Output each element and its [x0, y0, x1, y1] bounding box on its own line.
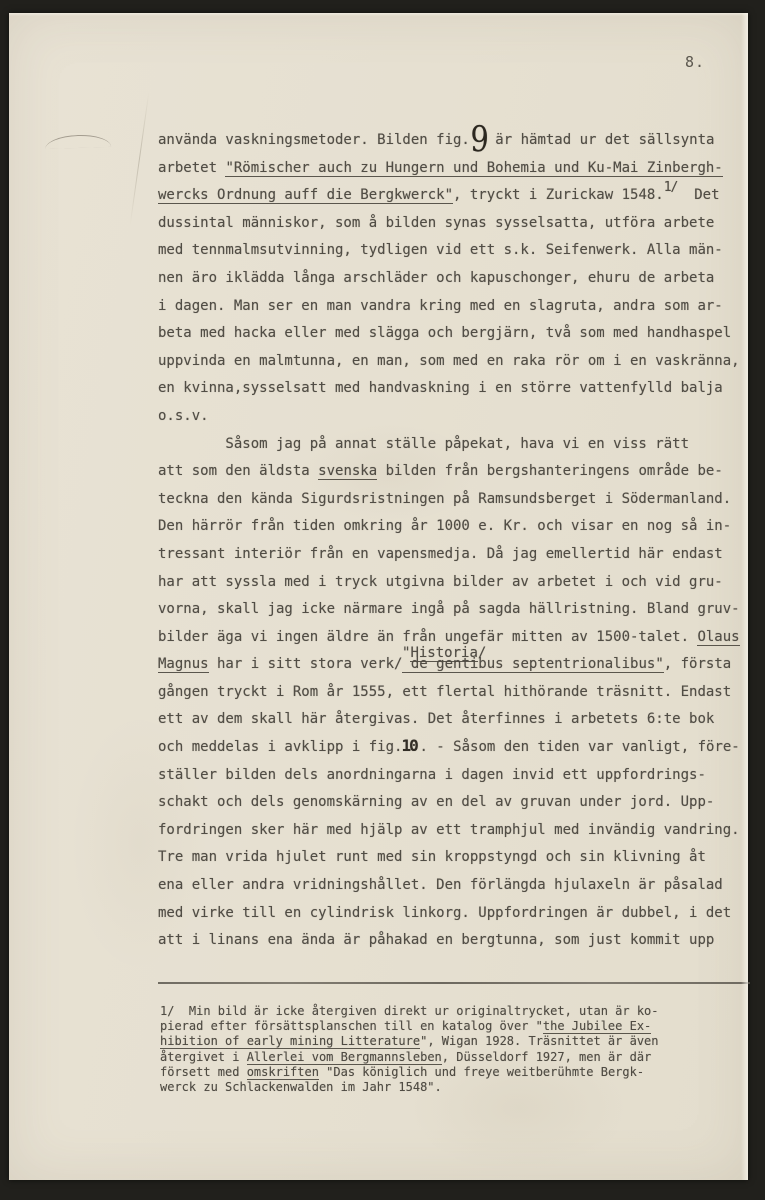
underlined-text: omskriften — [247, 1065, 319, 1080]
underlined-text: "Römischer auch zu Hungern und Bohemia u… — [225, 160, 722, 177]
underlined-text: the Jubilee Ex- — [543, 1019, 651, 1034]
typed-text: använda vaskningsmetoder. Bilden fig. — [158, 132, 470, 148]
typed-text: bilden från bergshanteringens område be- — [377, 463, 723, 479]
typed-text: , tryckt i Zurickaw 1548. — [453, 187, 664, 203]
text-line: med tennmalmsutvinning, tydligen vid ett… — [158, 237, 740, 265]
typed-text: är hämtad ur det sällsynta — [487, 132, 715, 148]
footnote-text: 1/ Min bild är icke återgiven direkt ur … — [160, 1004, 659, 1095]
text-line: arbetet "Römischer auch zu Hungern und B… — [158, 155, 740, 183]
page-number: 8. — [685, 53, 705, 71]
text-line: ett av dem skall här återgivas. Det åter… — [158, 706, 740, 734]
body-text: använda vaskningsmetoder. Bilden fig.9 ä… — [158, 127, 740, 955]
text-line: Tre man vrida hjulet runt med sin kropps… — [158, 844, 740, 872]
typed-text: med virke till en cylindrisk linkorg. Up… — [158, 905, 731, 921]
text-line: teckna den kända Sigurdsristningen på Ra… — [158, 486, 740, 514]
text-line: hibition of early mining Litterature", W… — [160, 1034, 659, 1049]
text-line: att i linans ena ända är påhakad en berg… — [158, 927, 740, 955]
typed-text: ställer bilden dels anordningarna i dage… — [158, 767, 706, 783]
typed-text: arbetet — [158, 160, 225, 176]
text-line: uppvinda en malmtunna, en man, som med e… — [158, 348, 740, 376]
typed-text: . - Såsom den tiden var vanligt, före- — [419, 739, 739, 755]
typed-text: Den härrör från tiden omkring år 1000 e.… — [158, 518, 731, 534]
underlined-text: svenska — [318, 463, 377, 480]
footnote-separator — [158, 982, 750, 984]
text-line: schakt och dels genomskärning av en del … — [158, 789, 740, 817]
typed-text: teckna den kända Sigurdsristningen på Ra… — [158, 491, 731, 507]
underlined-text: wercks Ordnung auff die Bergkwerck" — [158, 187, 453, 204]
pencil-mark — [45, 134, 111, 149]
typed-text: vorna, skall jag icke närmare ingå på sa… — [158, 601, 740, 617]
text-line: att som den äldsta svenska bilden från b… — [158, 458, 740, 486]
handwritten-figure-number: 9 — [470, 141, 487, 144]
typed-text: o.s.v. — [158, 408, 209, 424]
underlined-text: Historia — [410, 645, 477, 662]
typed-text: Det — [677, 187, 719, 203]
interlinear-insertion: "Historia/ — [402, 646, 486, 661]
typed-text: , Düsseldorf 1927, men är där — [442, 1050, 652, 1064]
typed-text: tressant interiör från en vapensmedja. D… — [158, 546, 723, 562]
text-line: "Historia/ — [402, 646, 486, 661]
text-line: tressant interiör från en vapensmedja. D… — [158, 541, 740, 569]
typed-text: Tre man vrida hjulet runt med sin kropps… — [158, 849, 706, 865]
paper-scratch — [130, 92, 150, 226]
typed-text: , första — [664, 656, 731, 672]
underlined-text: Magnus — [158, 656, 209, 673]
text-line: i dagen. Man ser en man vandra kring med… — [158, 293, 740, 321]
handwriting: 9 — [470, 122, 489, 158]
text-line: återgivet i Allerlei vom Bergmannsleben,… — [160, 1050, 659, 1065]
text-line: en kvinna,sysselsatt med handvaskning i … — [158, 375, 740, 403]
typed-text: gången tryckt i Rom år 1555, ett flertal… — [158, 684, 731, 700]
text-line: nen äro iklädda långa arschläder och kap… — [158, 265, 740, 293]
typed-text: bilder äga vi ingen äldre än från ungefä… — [158, 629, 697, 645]
typed-text: uppvinda en malmtunna, en man, som med e… — [158, 353, 740, 369]
typed-text: återgivet i — [160, 1050, 247, 1064]
text-line: har att syssla med i tryck utgivna bilde… — [158, 569, 740, 597]
typed-text: pierad efter försättsplanschen till en k… — [160, 1019, 543, 1033]
text-line: ställer bilden dels anordningarna i dage… — [158, 762, 740, 790]
text-line: werck zu Schlackenwalden im Jahr 1548". — [160, 1080, 659, 1095]
text-line: gången tryckt i Rom år 1555, ett flertal… — [158, 679, 740, 707]
underlined-text: Olaus — [697, 629, 739, 646]
typed-text: med tennmalmsutvinning, tydligen vid ett… — [158, 242, 723, 258]
text-line: o.s.v. — [158, 403, 740, 431]
typed-text: "Das königlich und freye weitberühmte Be… — [319, 1065, 644, 1079]
typed-text: en kvinna,sysselsatt med handvaskning i … — [158, 380, 723, 396]
underlined-text: Allerlei vom Bergmannsleben — [247, 1050, 442, 1065]
text-line: försett med omskriften "Das königlich un… — [160, 1065, 659, 1080]
typed-text: att som den äldsta — [158, 463, 318, 479]
typed-text: dussintal människor, som å bilden synas … — [158, 215, 714, 231]
typed-text: har i sitt stora verk/ — [209, 656, 403, 672]
typed-text: Såsom jag på annat ställe påpekat, hava … — [158, 436, 689, 452]
typed-text: i dagen. Man ser en man vandra kring med… — [158, 298, 723, 314]
underlined-text: hibition of early mining Litterature — [160, 1034, 420, 1049]
handwriting: 10 — [401, 738, 416, 754]
text-line: och meddelas i avklipp i fig.10. - Såsom… — [158, 734, 740, 762]
typed-text: och meddelas i avklipp i fig. — [158, 739, 402, 755]
text-line: Den härrör från tiden omkring år 1000 e.… — [158, 513, 740, 541]
typed-text: / — [478, 645, 486, 661]
text-line: Såsom jag på annat ställe påpekat, hava … — [158, 431, 740, 459]
text-line: med virke till en cylindrisk linkorg. Up… — [158, 900, 740, 928]
text-line: wercks Ordnung auff die Bergkwerck", try… — [158, 182, 740, 210]
typed-text: 1/ Min bild är icke återgiven direkt ur … — [160, 1004, 659, 1018]
text-line: 1/ Min bild är icke återgiven direkt ur … — [160, 1004, 659, 1019]
footnote-reference: 1/ — [664, 180, 678, 195]
document-page: 8. använda vaskningsmetoder. Bilden fig.… — [9, 13, 748, 1180]
typed-text: beta med hacka eller med slägga och berg… — [158, 325, 731, 341]
text-line: beta med hacka eller med slägga och berg… — [158, 320, 740, 348]
typed-text: att i linans ena ända är påhakad en berg… — [158, 932, 714, 948]
text-line: pierad efter försättsplanschen till en k… — [160, 1019, 659, 1034]
typed-text: fordringen sker här med hjälp av ett tra… — [158, 822, 740, 838]
text-line: dussintal människor, som å bilden synas … — [158, 210, 740, 238]
typed-text: werck zu Schlackenwalden im Jahr 1548". — [160, 1080, 442, 1094]
typed-text: försett med — [160, 1065, 247, 1079]
typed-text: ena eller andra vridningshållet. Den för… — [158, 877, 723, 893]
typed-text: schakt och dels genomskärning av en del … — [158, 794, 714, 810]
typed-text: har att syssla med i tryck utgivna bilde… — [158, 574, 723, 590]
text-line: ena eller andra vridningshållet. Den för… — [158, 872, 740, 900]
text-line: vorna, skall jag icke närmare ingå på sa… — [158, 596, 740, 624]
text-line: använda vaskningsmetoder. Bilden fig.9 ä… — [158, 127, 740, 155]
typed-text: ett av dem skall här återgivas. Det åter… — [158, 711, 714, 727]
typed-text: nen äro iklädda långa arschläder och kap… — [158, 270, 714, 286]
scanned-document-view: { "page": { "number": "8.", "background_… — [0, 0, 765, 1200]
text-line: fordringen sker här med hjälp av ett tra… — [158, 817, 740, 845]
handwritten-figure-number: 10 — [402, 748, 419, 751]
typed-text: ", Wigan 1928. Träsnittet är även — [420, 1034, 658, 1048]
